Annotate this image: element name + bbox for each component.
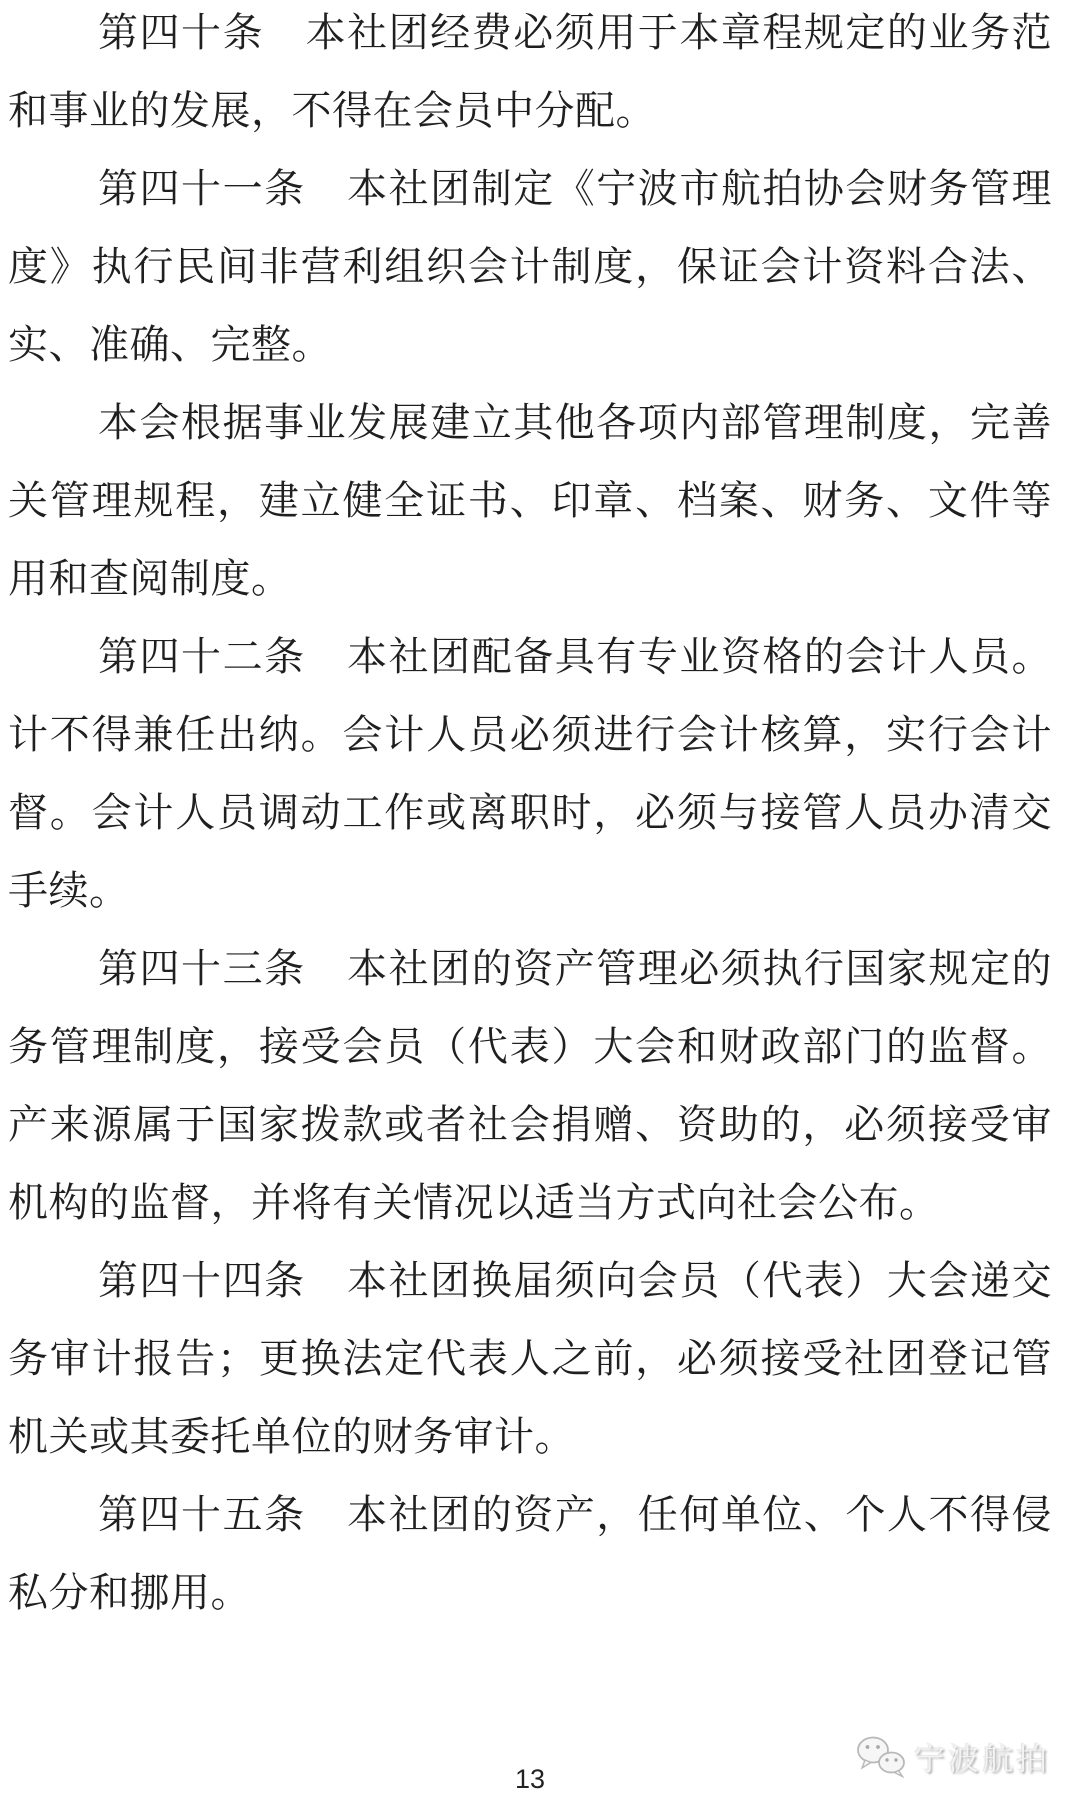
- text-line: 第四十二条 本社团配备具有专业资格的会计人员。会: [8, 618, 1052, 696]
- text-line: 关管理规程，建立健全证书、印章、档案、财务、文件等使: [8, 462, 1052, 540]
- text-line: 第四十三条 本社团的资产管理必须执行国家规定的财: [8, 930, 1052, 1008]
- text-line: 实、准确、完整。: [8, 306, 1052, 384]
- text-line: 督。会计人员调动工作或离职时，必须与接管人员办清交接: [8, 774, 1052, 852]
- text-line: 度》执行民间非营利组织会计制度，保证会计资料合法、真: [8, 228, 1052, 306]
- text-line: 第四十四条 本社团换届须向会员（代表）大会递交财: [8, 1242, 1052, 1320]
- text-line: 计不得兼任出纳。会计人员必须进行会计核算，实行会计监: [8, 696, 1052, 774]
- text-line: 和事业的发展，不得在会员中分配。: [8, 72, 1052, 150]
- text-line: 务管理制度，接受会员（代表）大会和财政部门的监督。资: [8, 1008, 1052, 1086]
- text-line: 第四十条 本社团经费必须用于本章程规定的业务范围: [8, 0, 1052, 72]
- page-number: 13: [0, 1764, 1060, 1795]
- text-line: 用和查阅制度。: [8, 540, 1052, 618]
- text-line: 手续。: [8, 852, 1052, 930]
- text-line: 第四十一条 本社团制定《宁波市航拍协会财务管理制: [8, 150, 1052, 228]
- text-line: 本会根据事业发展建立其他各项内部管理制度，完善相: [8, 384, 1052, 462]
- text-line: 私分和挪用。: [8, 1554, 1052, 1632]
- text-line: 务审计报告；更换法定代表人之前，必须接受社团登记管理: [8, 1320, 1052, 1398]
- text-line: 机关或其委托单位的财务审计。: [8, 1398, 1052, 1476]
- text-line: 产来源属于国家拨款或者社会捐赠、资助的，必须接受审计: [8, 1086, 1052, 1164]
- document-body: 第四十条 本社团经费必须用于本章程规定的业务范围和事业的发展，不得在会员中分配。…: [8, 0, 1052, 1632]
- text-line: 第四十五条 本社团的资产，任何单位、个人不得侵占、: [8, 1476, 1052, 1554]
- text-line: 机构的监督，并将有关情况以适当方式向社会公布。: [8, 1164, 1052, 1242]
